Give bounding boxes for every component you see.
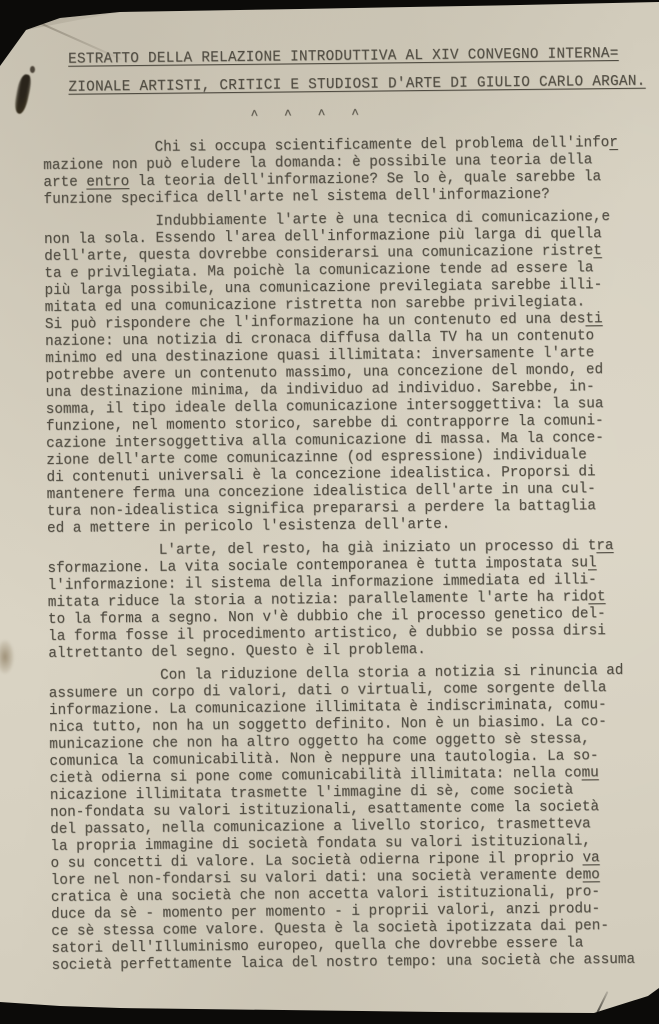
underlined-text-segment: va (582, 850, 599, 866)
underlined-text-segment: ti (585, 311, 602, 327)
body-text: Chi si occupa scientificamente del probl… (43, 135, 642, 975)
paragraph: L'arte, del resto, ha già iniziato un pr… (47, 538, 638, 663)
paragraph: Chi si occupa scientificamente del probl… (43, 135, 634, 209)
paper: ESTRATTO DELLA RELAZIONE INTRODUTTIVA AL… (0, 0, 659, 1024)
underlined-text-segment: ot (588, 589, 605, 605)
title: ESTRATTO DELLA RELAZIONE INTRODUTTIVA AL… (42, 40, 633, 102)
ink-dot-mark (30, 66, 35, 73)
paragraph: Con la riduzione della storia a notizia … (49, 663, 642, 975)
pen-stroke-mark (594, 991, 609, 1019)
underlined-text-segment: mu (582, 765, 599, 781)
ink-blot-mark (12, 73, 33, 115)
paragraph: Indubbiamente l'arte è una tecnica di co… (44, 209, 637, 538)
underlined-text-segment: entro (86, 174, 129, 190)
underlined-text-segment: r (609, 135, 618, 151)
text-segment: arte (43, 175, 86, 191)
text-segment: altrettanto del segno. Questo è il probl… (48, 642, 426, 662)
scan-background: { "scan": { "background_color": "#0c0b09… (0, 0, 659, 1024)
underlined-text-segment: l (588, 555, 597, 571)
separator: ^ ^ ^ ^ (43, 102, 573, 128)
text-segment: ed a mettere in pericolo l'esistenza del… (47, 517, 450, 537)
underlined-text-segment: t (593, 243, 602, 259)
underlined-text-segment: mo (583, 867, 600, 883)
title-line: ZIONALE ARTISTI, CRITICI E STUDIOSI D'AR… (68, 68, 632, 102)
edge-stain (0, 640, 14, 674)
document-text: ESTRATTO DELLA RELAZIONE INTRODUTTIVA AL… (42, 40, 642, 981)
underlined-text-segment: ra (596, 538, 613, 554)
